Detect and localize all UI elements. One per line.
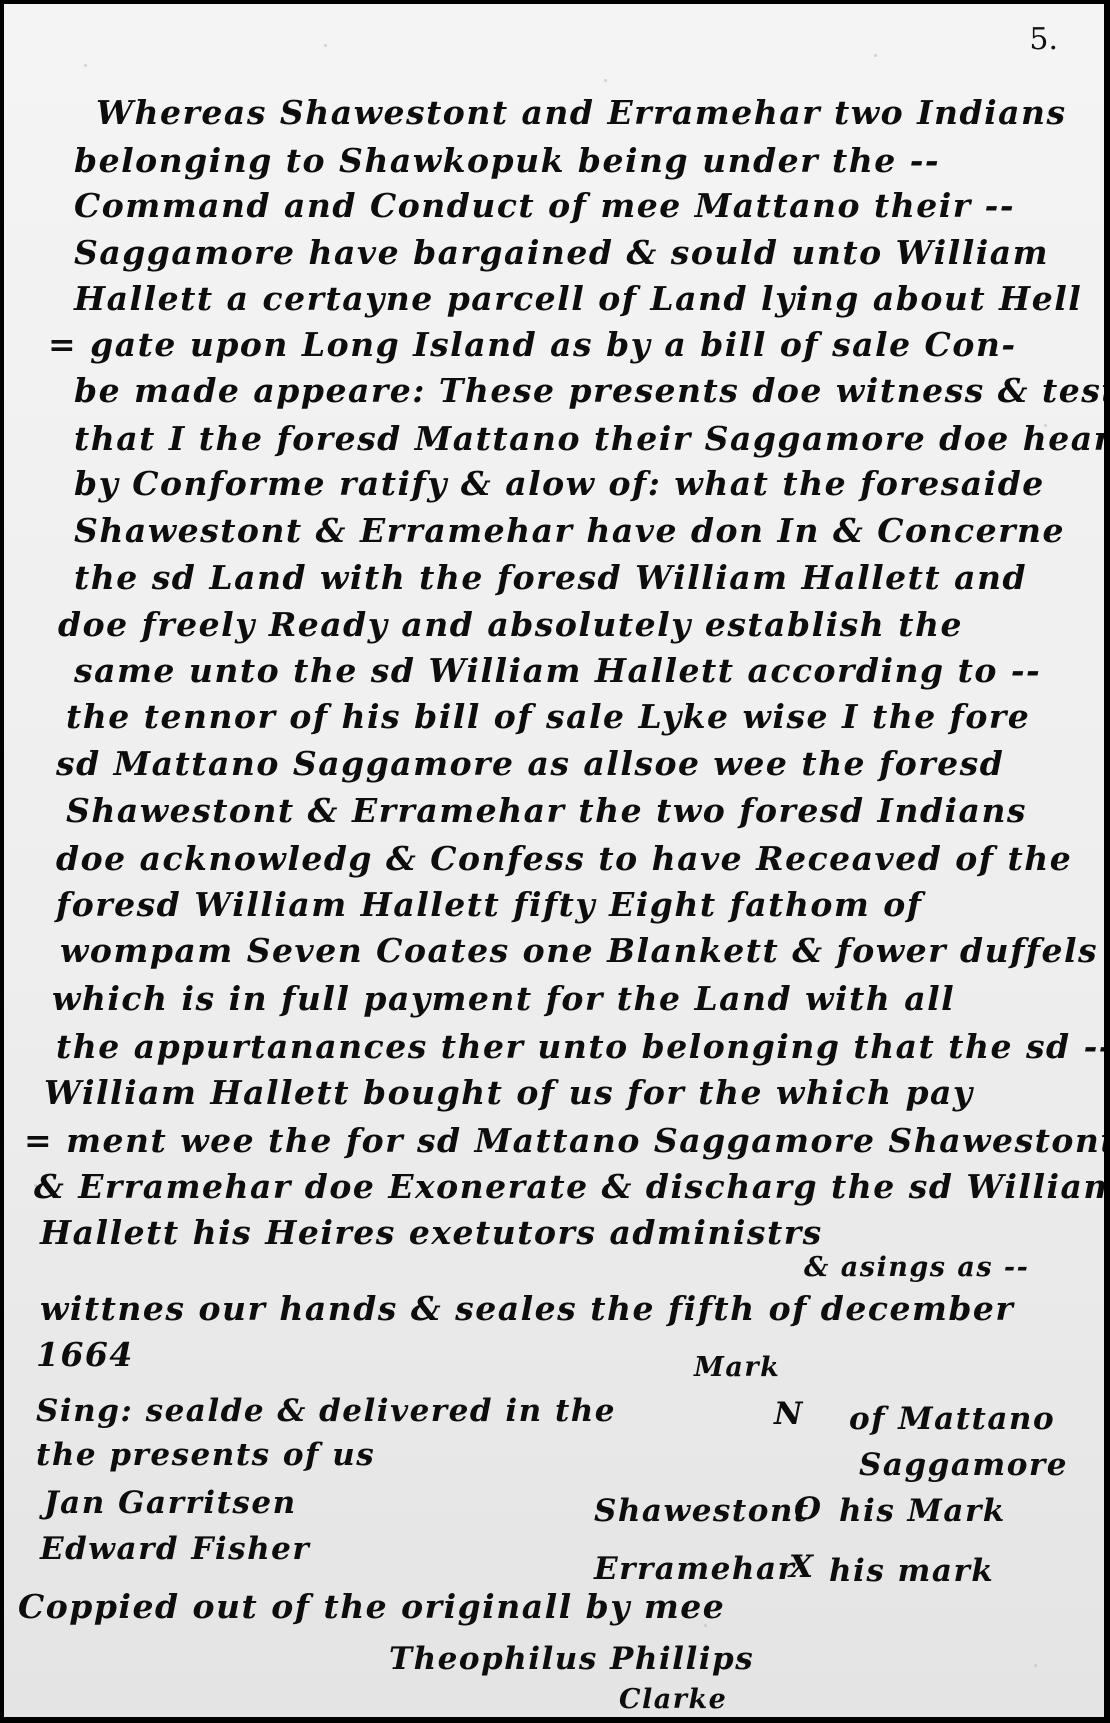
witness-intro: Sing: sealde & delivered in the — [36, 1396, 616, 1427]
paper-speck — [324, 44, 327, 47]
body-line: Shawestont & Erramehar have don In & Con… — [74, 514, 1065, 547]
paper-speck — [1034, 1664, 1037, 1667]
body-line: belonging to Shawkopuk being under the -… — [74, 144, 940, 177]
page-number: 5. — [1029, 22, 1058, 57]
witness-intro-2: the presents of us — [36, 1440, 375, 1471]
body-line: foresd William Hallett fifty Eight fatho… — [56, 888, 923, 921]
mattano-name: of Mattano — [849, 1404, 1055, 1435]
witness-name: Edward Fisher — [40, 1534, 310, 1565]
shawestont-name: Shawestont — [594, 1496, 810, 1527]
body-line: & Erramehar doe Exonerate & discharg the… — [34, 1170, 1104, 1203]
erramehar-name: Erramehar — [594, 1554, 795, 1585]
body-line: the sd Land with the foresd William Hall… — [74, 561, 1027, 594]
body-line: Hallett a certayne parcell of Land lying… — [74, 282, 1082, 315]
mattano-mark-label: Mark — [694, 1354, 780, 1381]
paper-speck — [84, 64, 87, 67]
body-line: Shawestont & Erramehar the two foresd In… — [66, 794, 1027, 827]
body-line: Hallett his Heires exetutors administrs — [40, 1216, 823, 1249]
erramehar-mark-glyph: X — [789, 1552, 815, 1583]
body-line: which is in full payment for the Land wi… — [52, 982, 955, 1015]
body-line: William Hallett bought of us for the whi… — [44, 1076, 974, 1109]
body-line: by Conforme ratify & alow of: what the f… — [74, 467, 1045, 500]
shawestont-mark-glyph: O — [794, 1494, 823, 1525]
body-line: = gate upon Long Island as by a bill of … — [48, 328, 1017, 361]
body-line: be made appeare: These presents doe witn… — [74, 374, 1104, 407]
body-line: sd Mattano Saggamore as allsoe wee the f… — [56, 747, 1004, 780]
body-line: doe freely Ready and absolutely establis… — [58, 608, 963, 641]
body-line: doe acknowledg & Confess to have Receave… — [56, 842, 1072, 875]
mattano-title: Saggamore — [859, 1450, 1068, 1481]
body-line: Whereas Shawestont and Erramehar two Ind… — [96, 96, 1067, 129]
erramehar-mark-label: his mark — [829, 1556, 994, 1587]
body-line: Saggamore have bargained & sould unto Wi… — [74, 236, 1049, 269]
body-line: same unto the sd William Hallett accordi… — [74, 654, 1041, 687]
body-line: the appurtanances ther unto belonging th… — [56, 1030, 1104, 1063]
body-line: & asings as -- — [804, 1254, 1029, 1281]
witness-name: Jan Garritsen — [44, 1488, 297, 1519]
date-year: 1664 — [36, 1338, 134, 1371]
body-line: = ment wee the for sd Mattano Saggamore … — [24, 1124, 1104, 1157]
mattano-mark-glyph: N — [774, 1399, 804, 1430]
shawestont-mark-label: his Mark — [839, 1496, 1006, 1527]
copy-statement: Coppied out of the originall by mee — [18, 1590, 725, 1623]
clerk-title: Clarke — [619, 1686, 727, 1713]
body-line: that I the foresd Mattano their Saggamor… — [74, 422, 1104, 455]
body-line: wittnes our hands & seales the fifth of … — [40, 1292, 1014, 1325]
body-line: Command and Conduct of mee Mattano their… — [74, 189, 1015, 222]
paper-speck — [604, 79, 607, 82]
clerk-signature: Theophilus Phillips — [389, 1644, 754, 1675]
body-line: the tennor of his bill of sale Lyke wise… — [66, 700, 1030, 733]
document-page: 5. Whereas Shawestont and Erramehar two … — [4, 4, 1104, 1717]
body-line: wompam Seven Coates one Blankett & fower… — [60, 934, 1098, 967]
paper-speck — [874, 54, 877, 57]
